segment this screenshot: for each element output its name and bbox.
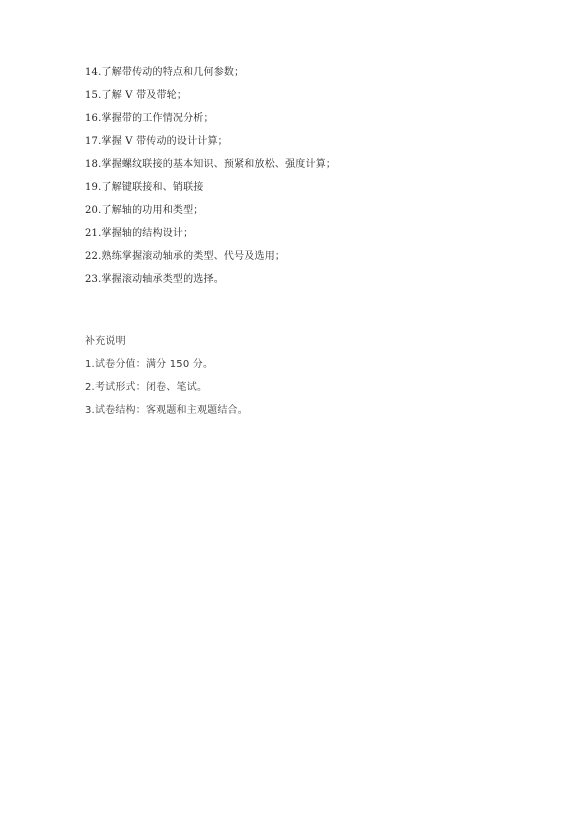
- objective-19: 19.了解键联接和、销联接: [85, 181, 204, 195]
- objective-18: 18.掌握螺纹联接的基本知识、预紧和放松、强度计算；: [85, 158, 336, 172]
- objective-23: 23.掌握滚动轴承类型的选择。: [85, 273, 224, 287]
- supplement-heading: 补充说明: [85, 335, 126, 349]
- objective-17: 17.掌握 V 带传动的设计计算；: [85, 135, 228, 149]
- objective-22: 22.熟练掌握滚动轴承的类型、代号及选用；: [85, 250, 285, 264]
- document-page: 14.了解带传动的特点和几何参数； 15.了解 V 带及带轮； 16.掌握带的工…: [0, 0, 587, 828]
- supplement-item-structure: 3.试卷结构：客观题和主观题结合。: [85, 404, 248, 418]
- supplement-item-score: 1.试卷分值：满分 150 分。: [85, 358, 213, 372]
- objective-21: 21.掌握轴的结构设计；: [85, 227, 193, 241]
- objective-14: 14.了解带传动的特点和几何参数；: [85, 66, 244, 80]
- objective-15: 15.了解 V 带及带轮；: [85, 89, 187, 103]
- objective-20: 20.了解轴的功用和类型；: [85, 204, 204, 218]
- supplement-item-format: 2.考试形式：闭卷、笔试。: [85, 381, 207, 395]
- objective-16: 16.掌握带的工作情况分析；: [85, 112, 214, 126]
